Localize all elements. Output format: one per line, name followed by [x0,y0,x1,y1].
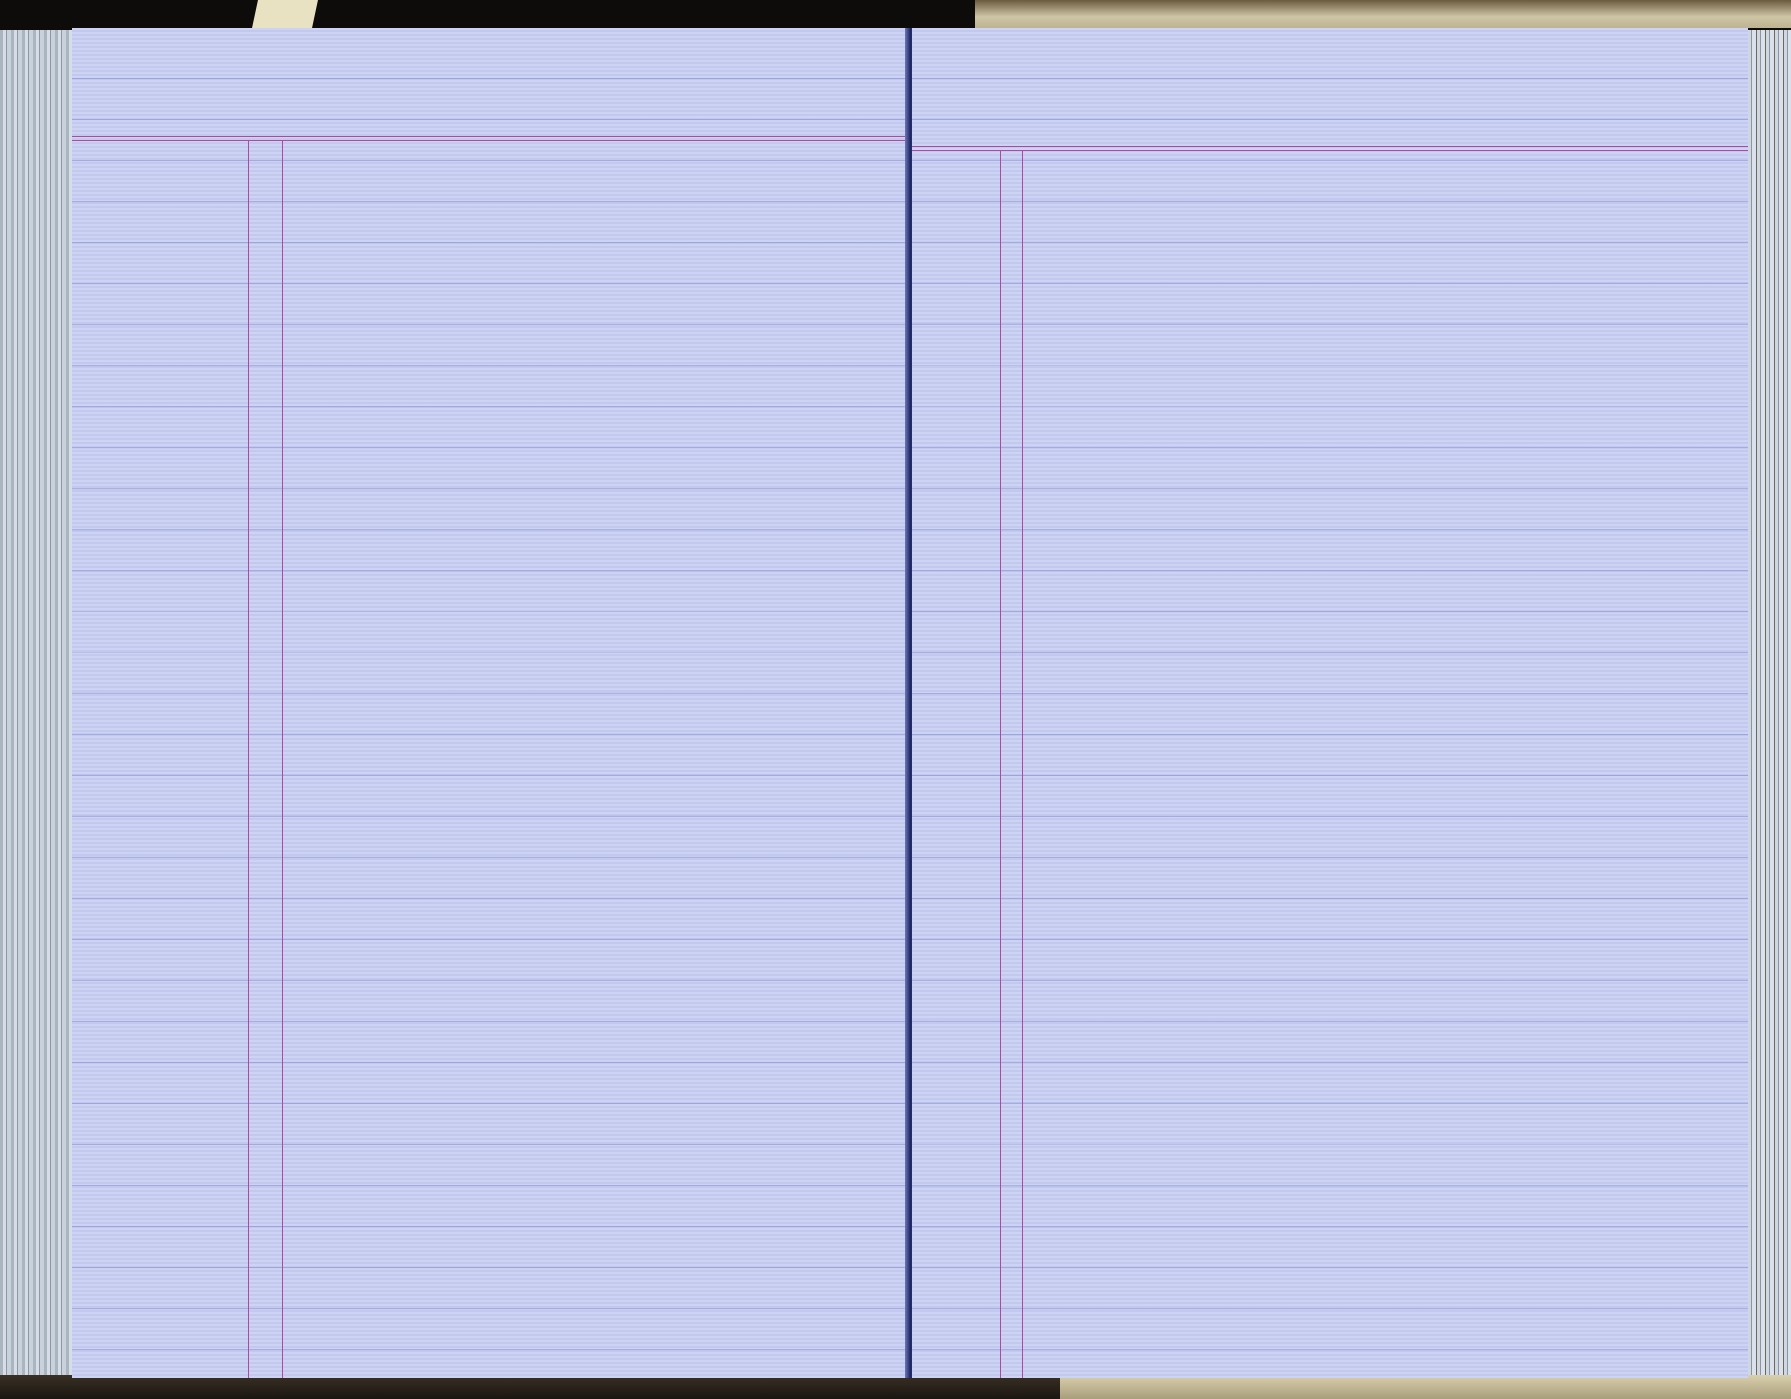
paper-scrap [252,0,318,28]
book-binding-bottom [0,1375,1791,1399]
header-rule [72,136,910,141]
date-column-divider [1000,151,1001,1378]
left-page [72,28,910,1378]
book-binding-top [975,0,1791,28]
date-column-divider [248,141,249,1378]
day-column-divider [1022,151,1023,1378]
day-column-divider [282,141,283,1378]
header-rule [912,146,1748,151]
right-page [912,28,1748,1378]
page-edges-left [0,30,72,1380]
page-edges-right [1748,30,1791,1380]
